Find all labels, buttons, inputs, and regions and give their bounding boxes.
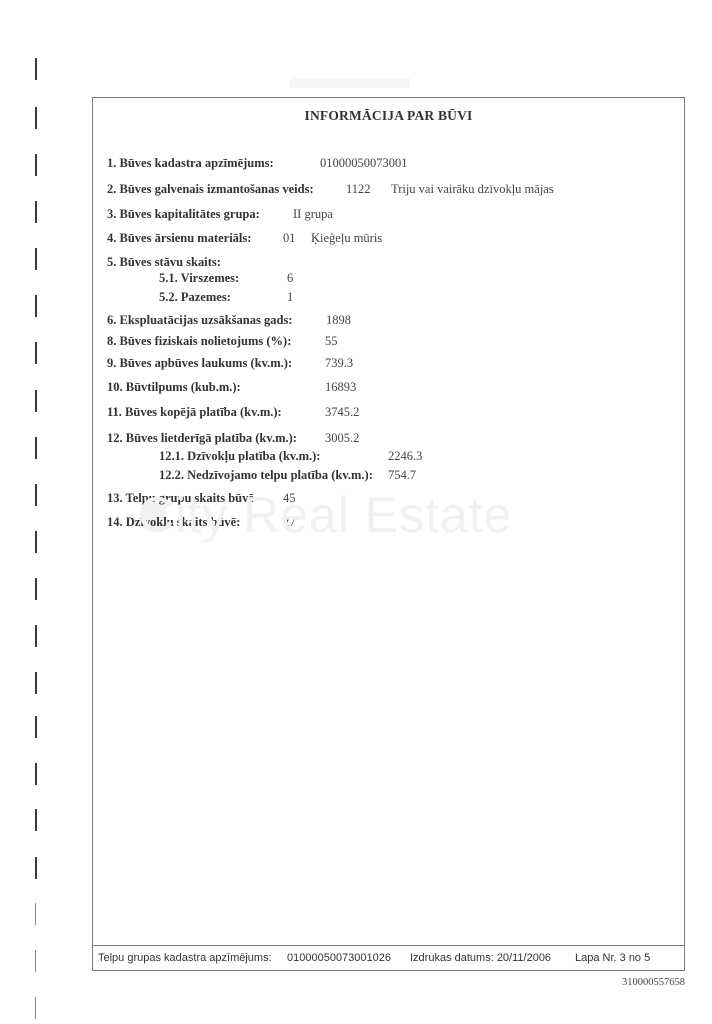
item-label: 12.1. Dzīvokļu platība (kv.m.): (159, 449, 320, 464)
item-value: 27 (283, 515, 296, 530)
binding-mark (35, 716, 37, 738)
binding-mark (35, 625, 37, 647)
item-value: 1122 (346, 182, 371, 197)
binding-mark (35, 154, 37, 176)
item-value: 55 (325, 334, 338, 349)
item-description: Triju vai vairāku dzīvokļu mājas (391, 182, 554, 197)
binding-mark (35, 484, 37, 506)
item-value: 01 (283, 231, 296, 246)
footer-cadastre-value: 01000050073001026 (287, 952, 391, 964)
item-value: 45 (283, 491, 296, 506)
footer-page-number: Lapa Nr. 3 no 5 (575, 952, 650, 964)
item-label: 12. Būves lietderīgā platība (kv.m.): (107, 431, 297, 446)
binding-mark (35, 763, 37, 785)
item-label: 1. Būves kadastra apzīmējums: (107, 156, 274, 171)
document-frame: INFORMĀCIJA PAR BŪVI 1. Būves kadastra a… (92, 97, 685, 971)
footer-print-date: Izdrukas datums: 20/11/2006 (410, 952, 551, 964)
binding-mark (35, 857, 37, 879)
item-value: 01000050073001 (320, 156, 408, 171)
item-label: 13. Telpu grupu skaits būvē (107, 491, 254, 506)
binding-mark (35, 997, 36, 1019)
item-value: 6 (287, 271, 293, 286)
footer-cadastre-label: Telpu grupas kadastra apzīmējums: (98, 952, 272, 964)
item-value: 3745.2 (325, 405, 359, 420)
item-label: 5.1. Virszemes: (159, 271, 239, 286)
item-label: 5. Būves stāvu skaits: (107, 255, 221, 270)
document-title: INFORMĀCIJA PAR BŪVI (93, 108, 684, 124)
item-label: 14. Dzīvokļu skaits būvē: (107, 515, 240, 530)
item-label: 10. Būvtilpums (kub.m.): (107, 380, 241, 395)
item-label: 8. Būves fiziskais nolietojums (%): (107, 334, 291, 349)
item-value: 2246.3 (388, 449, 422, 464)
serial-number: 310000557658 (622, 977, 685, 988)
item-label: 6. Ekspluatācijas uzsākšanas gads: (107, 313, 292, 328)
item-label: 11. Būves kopējā platība (kv.m.): (107, 405, 282, 420)
binding-mark (35, 107, 37, 129)
binding-mark (35, 578, 37, 600)
scan-artifact (290, 78, 410, 88)
binding-mark (35, 201, 37, 223)
item-label: 3. Būves kapitalitātes grupa: (107, 207, 260, 222)
item-value: 16893 (325, 380, 356, 395)
document-footer: Telpu grupas kadastra apzīmējums: 010000… (93, 945, 684, 970)
item-label: 12.2. Nedzīvojamo telpu platība (kv.m.): (159, 468, 373, 483)
binding-mark (35, 672, 37, 694)
binding-mark (35, 295, 37, 317)
binding-mark (35, 809, 37, 831)
binding-mark (35, 903, 36, 925)
item-label: 4. Būves ārsienu materiāls: (107, 231, 251, 246)
binding-mark (35, 531, 37, 553)
item-value: 739.3 (325, 356, 353, 371)
binding-marks (35, 0, 39, 1024)
item-label: 5.2. Pazemes: (159, 290, 231, 305)
item-value: 3005.2 (325, 431, 359, 446)
binding-mark (35, 390, 37, 412)
item-value: 1 (287, 290, 293, 305)
item-value: II grupa (293, 207, 333, 222)
item-label: 9. Būves apbūves laukums (kv.m.): (107, 356, 292, 371)
binding-mark (35, 58, 37, 80)
binding-mark (35, 950, 36, 972)
item-description: Ķieģeļu mūris (311, 231, 382, 246)
binding-mark (35, 248, 37, 270)
binding-mark (35, 437, 37, 459)
item-value: 1898 (326, 313, 351, 328)
item-value: 754.7 (388, 468, 416, 483)
item-label: 2. Būves galvenais izmantošanas veids: (107, 182, 314, 197)
binding-mark (35, 342, 37, 364)
